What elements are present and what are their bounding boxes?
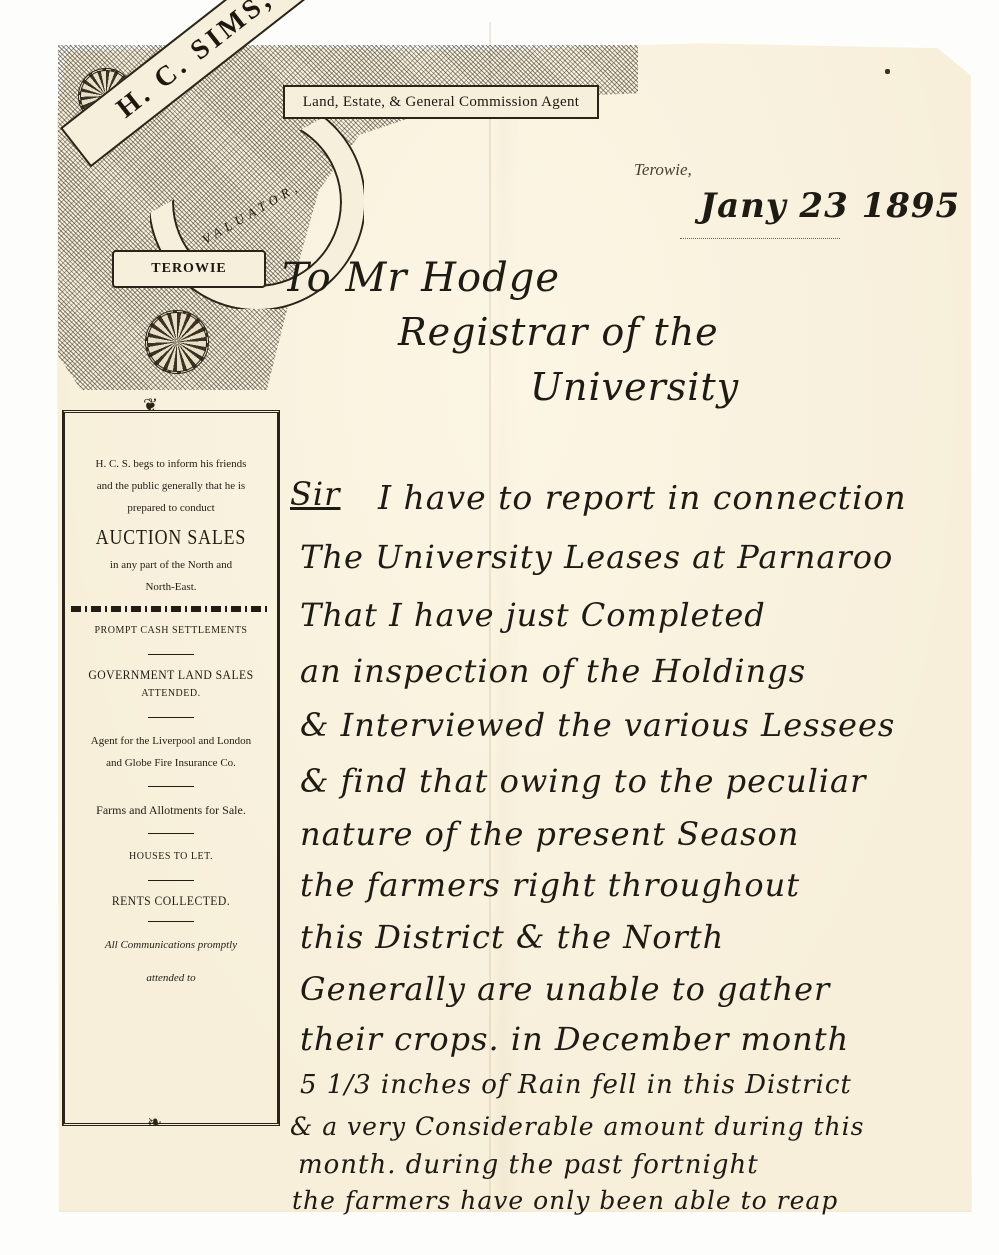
body-line: & find that owing to the peculiar bbox=[300, 762, 866, 800]
printed-place: Terowie, bbox=[634, 160, 692, 180]
body-line: 5 1/3 inches of Rain fell in this Distri… bbox=[300, 1070, 852, 1100]
prompt-cash-text: PROMPT CASH SETTLEMENTS bbox=[65, 620, 277, 642]
agent-line: and Globe Fire Insurance Co. bbox=[65, 752, 277, 774]
divider-rule bbox=[148, 833, 194, 834]
communications-line: All Communications promptly bbox=[65, 934, 277, 956]
body-line: month. during the past fortnight bbox=[298, 1150, 759, 1180]
body-line: the farmers right throughout bbox=[300, 866, 800, 904]
auction-sales-heading: AUCTION SALES bbox=[81, 525, 261, 550]
communications-line: attended to bbox=[65, 967, 277, 989]
date-dotted-line bbox=[680, 238, 840, 239]
body-line: Generally are unable to gather bbox=[300, 970, 830, 1008]
salutation: Sir bbox=[290, 475, 340, 513]
region-line: in any part of the North and bbox=[65, 554, 277, 576]
intro-line: and the public generally that he is bbox=[65, 475, 277, 497]
houses-text: HOUSES TO LET. bbox=[65, 846, 277, 868]
body-line: The University Leases at Parnaroo bbox=[300, 538, 893, 576]
attended-text: ATTENDED. bbox=[65, 683, 277, 705]
divider-rule bbox=[148, 880, 194, 881]
addressee-line: University bbox=[530, 365, 739, 409]
body-line: the farmers have only been able to reap bbox=[292, 1186, 838, 1215]
flourish-bottom-icon: ❧ bbox=[147, 1112, 162, 1133]
letter-date: Jany 23 1895 bbox=[700, 186, 960, 226]
divider-rule bbox=[148, 921, 194, 922]
letterhead-occupation-banner: Land, Estate, & General Commission Agent bbox=[283, 85, 599, 119]
divider-rule bbox=[148, 786, 194, 787]
region-line: North-East. bbox=[65, 576, 277, 598]
advertisement-sidebar: H. C. S. begs to inform his friends and … bbox=[62, 410, 280, 1126]
body-line: nature of the present Season bbox=[300, 815, 799, 853]
body-line: That I have just Completed bbox=[300, 596, 766, 634]
addressee-line: Registrar of the bbox=[398, 310, 719, 354]
divider-rule bbox=[148, 717, 194, 718]
dotted-divider bbox=[71, 606, 271, 612]
rents-collected-text: RENTS COLLECTED. bbox=[76, 893, 267, 909]
rosette-ornament-bottom bbox=[145, 310, 209, 374]
divider-rule bbox=[148, 654, 194, 655]
body-line: their crops. in December month bbox=[300, 1020, 849, 1058]
body-line: an inspection of the Holdings bbox=[300, 652, 806, 690]
government-land-sales-heading: GOVERNMENT LAND SALES bbox=[76, 667, 267, 683]
body-line: & a very Considerable amount during this bbox=[290, 1112, 864, 1141]
addressee-line: To Mr Hodge bbox=[282, 255, 560, 301]
farms-text: Farms and Allotments for Sale. bbox=[65, 799, 277, 821]
intro-line: H. C. S. begs to inform his friends bbox=[65, 453, 277, 475]
letterhead-town-banner: TEROWIE bbox=[112, 250, 266, 288]
ink-spot bbox=[885, 69, 890, 74]
body-line: this District & the North bbox=[300, 918, 724, 956]
intro-line: prepared to conduct bbox=[65, 497, 277, 519]
body-line: & Interviewed the various Lessees bbox=[300, 706, 895, 744]
body-line: I have to report in connection bbox=[378, 478, 907, 517]
agent-line: Agent for the Liverpool and London bbox=[65, 730, 277, 752]
